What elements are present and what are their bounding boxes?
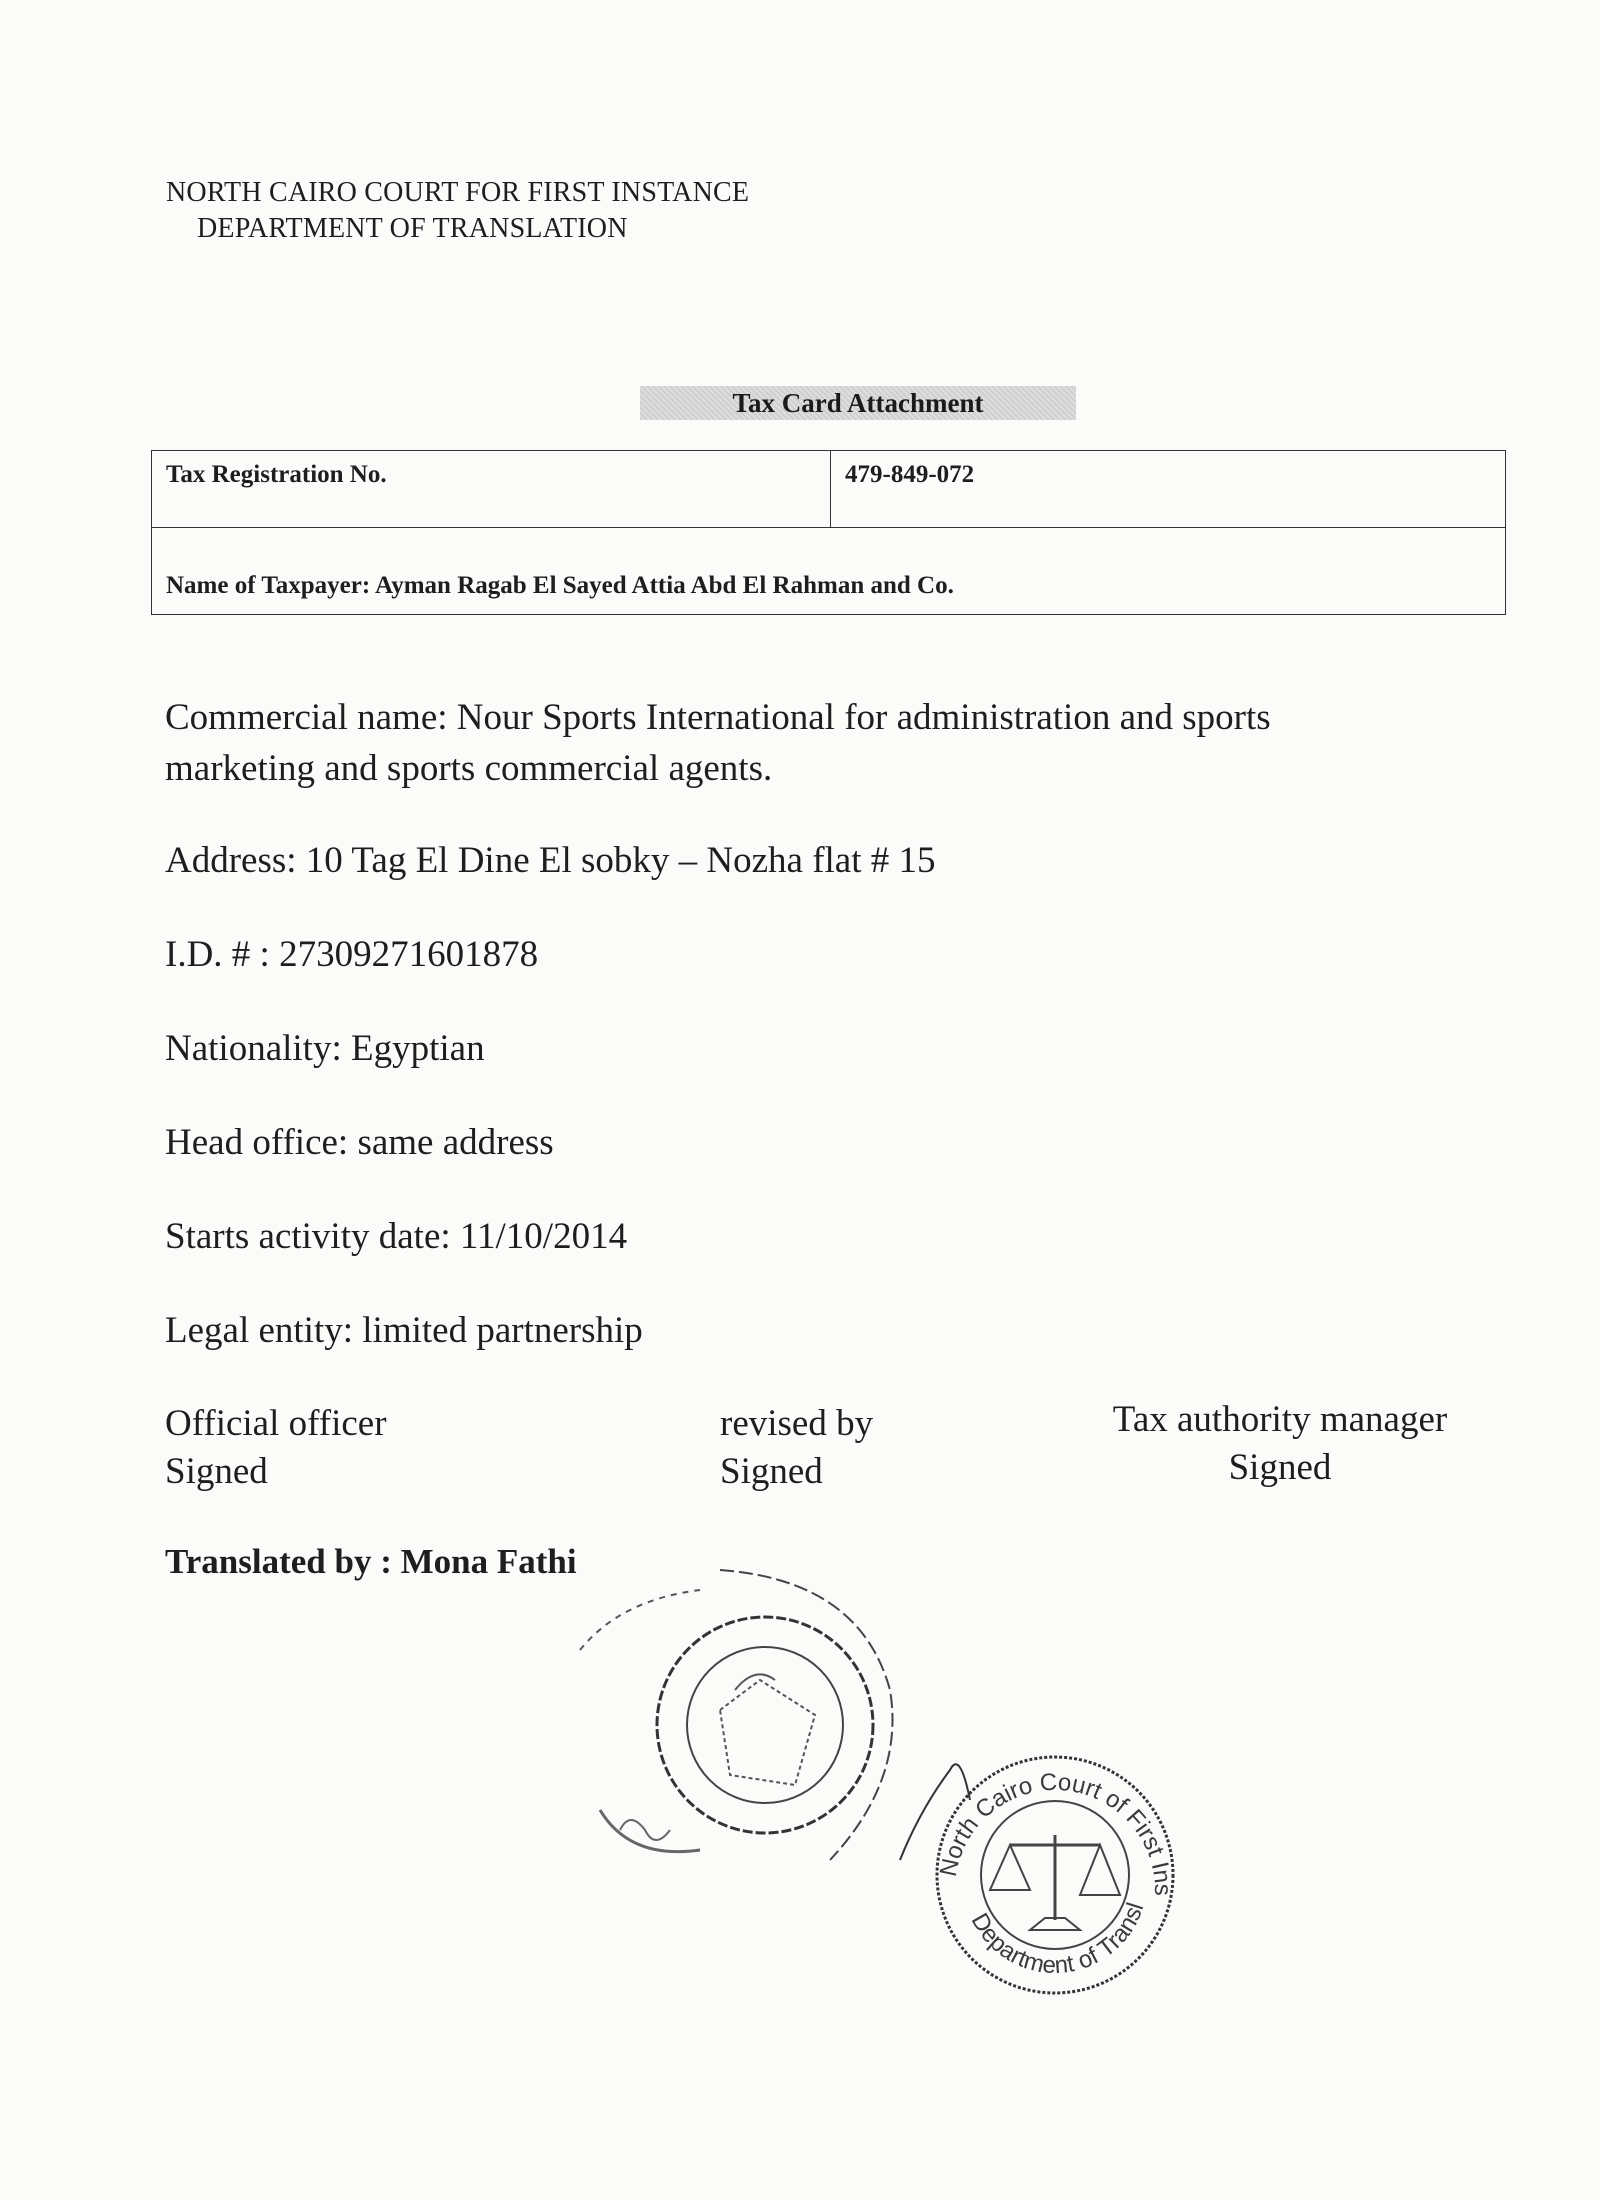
english-court-seal: North Cairo Court of First Instance Depa… bbox=[890, 1730, 1200, 2020]
head-office: Head office: same address bbox=[165, 1118, 554, 1168]
signature-role: Official officer bbox=[165, 1400, 387, 1448]
court-name: NORTH CAIRO COURT FOR FIRST INSTANCE bbox=[166, 176, 749, 210]
signature-revised-by: revised by Signed bbox=[720, 1400, 873, 1496]
signature-role: revised by bbox=[720, 1400, 873, 1448]
commercial-name-line2: marketing and sports commercial agents. bbox=[165, 744, 772, 794]
department-name: DEPARTMENT OF TRANSLATION bbox=[197, 212, 628, 246]
address: Address: 10 Tag El Dine El sobky – Nozha… bbox=[165, 836, 936, 886]
signature-status: Signed bbox=[165, 1448, 387, 1496]
start-activity-date: Starts activity date: 11/10/2014 bbox=[165, 1212, 627, 1262]
translator: Translated by : Mona Fathi bbox=[165, 1542, 577, 1582]
scales-of-justice-icon: North Cairo Court of First Instance Depa… bbox=[890, 1730, 1200, 2020]
nationality: Nationality: Egyptian bbox=[165, 1024, 485, 1074]
tax-registration-label: Tax Registration No. bbox=[152, 451, 831, 528]
eagle-emblem-icon bbox=[560, 1560, 920, 1880]
legal-entity: Legal entity: limited partnership bbox=[165, 1306, 643, 1356]
arabic-court-seal bbox=[560, 1560, 920, 1880]
id-number: I.D. # : 27309271601878 bbox=[165, 930, 538, 980]
document-title: Tax Card Attachment bbox=[640, 386, 1076, 420]
signature-tax-authority-manager: Tax authority manager Signed bbox=[1090, 1396, 1470, 1492]
signature-status: Signed bbox=[1090, 1444, 1470, 1492]
svg-text:Department of Translation: Department of Translation bbox=[890, 1730, 1149, 1979]
signature-status: Signed bbox=[720, 1448, 873, 1496]
svg-text:North Cairo Court of First Ins: North Cairo Court of First Instance bbox=[890, 1730, 1176, 1896]
registration-table: Tax Registration No. 479-849-072 Name of… bbox=[151, 450, 1506, 615]
signature-official-officer: Official officer Signed bbox=[165, 1400, 387, 1496]
signature-role: Tax authority manager bbox=[1090, 1396, 1470, 1444]
tax-registration-value: 479-849-072 bbox=[831, 451, 1506, 528]
commercial-name-line1: Commercial name: Nour Sports Internation… bbox=[165, 693, 1271, 743]
taxpayer-name: Name of Taxpayer: Ayman Ragab El Sayed A… bbox=[152, 528, 1506, 615]
